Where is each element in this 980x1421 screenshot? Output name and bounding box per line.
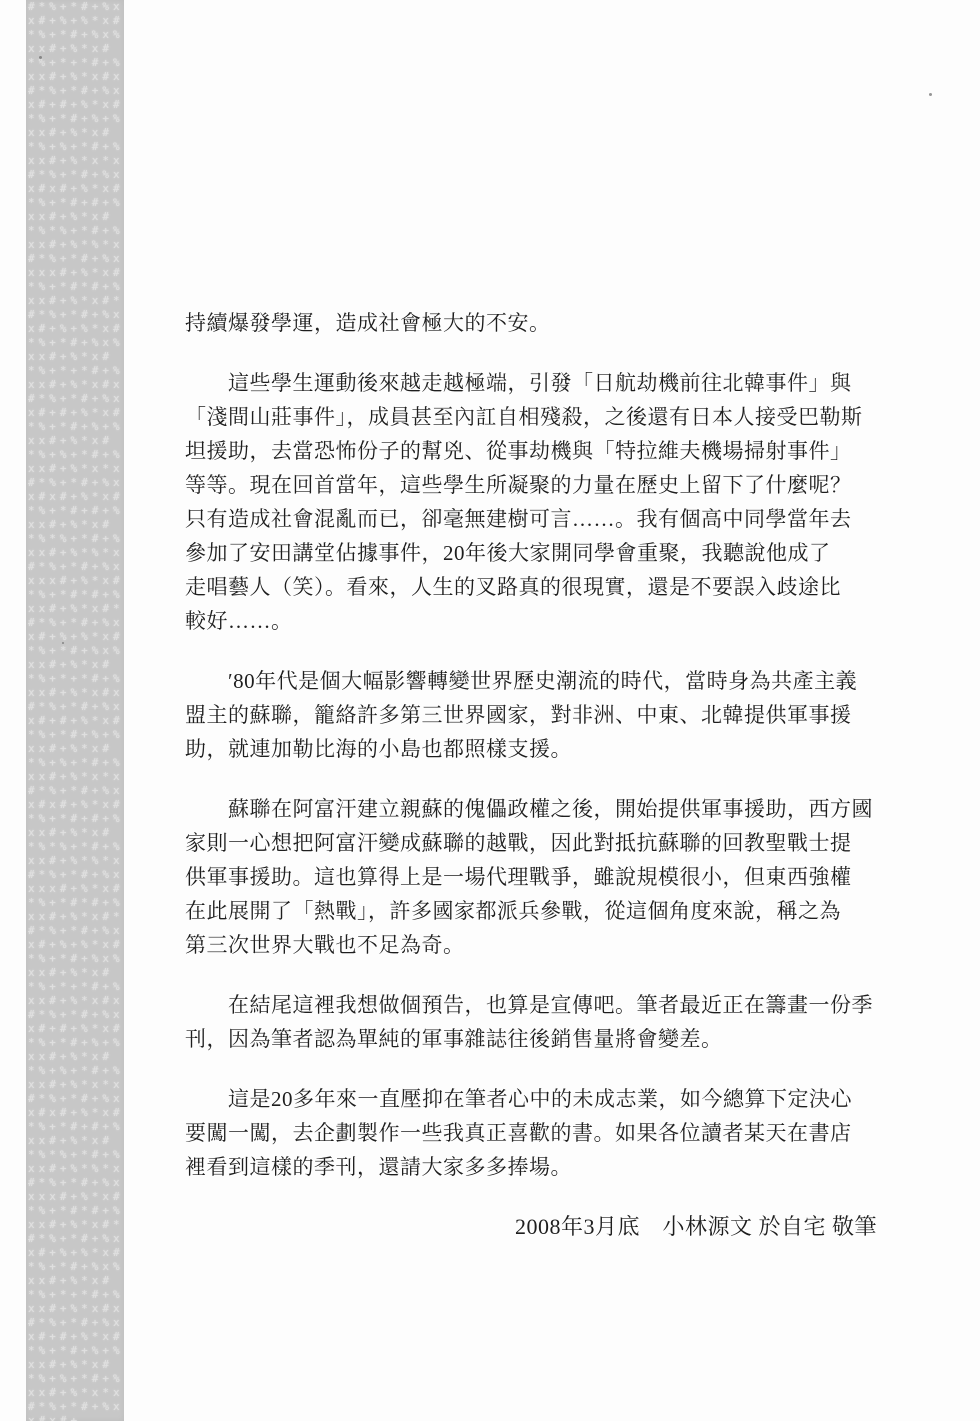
author-signature: 2008年3月底 小林源文 於自宅 敬筆	[185, 1210, 885, 1244]
text-block: 持續爆發學運，造成社會極大的不安。 這些學生運動後來越走越極端，引發「日航劫機前…	[185, 306, 885, 1244]
text-line: 家則一心想把阿富汗變成蘇聯的越戰，因此對抵抗蘇聯的回教聖戰士提	[185, 826, 885, 860]
text-line: 助，就連加勒比海的小島也都照樣支援。	[185, 732, 885, 766]
text-line: 這是20多年來一直壓抑在筆者心中的未成志業，如今總算下定決心	[185, 1082, 885, 1116]
text-line: 這些學生運動後來越走越極端，引發「日航劫機前往北韓事件」與	[185, 366, 885, 400]
text-line: 供軍事援助。這也算得上是一場代理戰爭，雖說規模很小，但東西強權	[185, 860, 885, 894]
text-line: 參加了安田講堂佔據事件，20年後大家開同學會重聚，我聽說他成了	[185, 536, 885, 570]
dust-speck	[62, 642, 64, 644]
paragraph: 這些學生運動後來越走越極端，引發「日航劫機前往北韓事件」與「淺間山莊事件」，成員…	[185, 366, 885, 638]
text-line: 持續爆發學運，造成社會極大的不安。	[185, 306, 885, 340]
text-line: 在此展開了「熱戰」，許多國家都派兵參戰，從這個角度來說，稱之為	[185, 894, 885, 928]
paragraph: 這是20多年來一直壓抑在筆者心中的未成志業，如今總算下定決心要闖一闖，去企劃製作…	[185, 1082, 885, 1184]
text-line: 「淺間山莊事件」，成員甚至內訌自相殘殺，之後還有日本人接受巴勒斯	[185, 400, 885, 434]
text-line: 走唱藝人（笑）。看來，人生的叉路真的很現實，還是不要誤入歧途比	[185, 570, 885, 604]
paragraph: 持續爆發學運，造成社會極大的不安。	[185, 306, 885, 340]
dust-speck	[39, 56, 42, 59]
text-line: ′80年代是個大幅影響轉變世界歷史潮流的時代，當時身為共產主義	[185, 664, 885, 698]
paragraph: ′80年代是個大幅影響轉變世界歷史潮流的時代，當時身為共產主義盟主的蘇聯，籠絡許…	[185, 664, 885, 766]
text-line: 坦援助，去當恐怖份子的幫兇、從事劫機與「特拉維夫機場掃射事件」	[185, 434, 885, 468]
text-line: 在結尾這裡我想做個預告，也算是宣傳吧。筆者最近正在籌畫一份季	[185, 988, 885, 1022]
text-line: 刊，因為筆者認為單純的軍事雜誌往後銷售量將會變差。	[185, 1022, 885, 1056]
text-line: 蘇聯在阿富汗建立親蘇的傀儡政權之後，開始提供軍事援助，西方國	[185, 792, 885, 826]
binding-texture-strip: #*%+*#+%xx#+%+%*x#*%+*#+%x%xx#+%*x#*%+*+…	[26, 0, 124, 1421]
text-line: 第三次世界大戰也不足為奇。	[185, 928, 885, 962]
paragraph: 在結尾這裡我想做個預告，也算是宣傳吧。筆者最近正在籌畫一份季刊，因為筆者認為單純…	[185, 988, 885, 1056]
text-line: 裡看到這樣的季刊，還請大家多多捧場。	[185, 1150, 885, 1184]
paragraph: 蘇聯在阿富汗建立親蘇的傀儡政權之後，開始提供軍事援助，西方國家則一心想把阿富汗變…	[185, 792, 885, 962]
texture-pattern: #*%+*#+%xx#+%+%*x#*%+*#+%x%xx#+%*x#*%+*+…	[28, 0, 124, 1421]
paragraphs: 持續爆發學運，造成社會極大的不安。 這些學生運動後來越走越極端，引發「日航劫機前…	[185, 306, 885, 1184]
text-line: 只有造成社會混亂而已，卻毫無建樹可言……。我有個高中同學當年去	[185, 502, 885, 536]
text-line: 要闖一闖，去企劃製作一些我真正喜歡的書。如果各位讀者某天在書店	[185, 1116, 885, 1150]
dust-speck	[929, 93, 932, 96]
text-line: 等等。現在回首當年，這些學生所凝聚的力量在歷史上留下了什麼呢？	[185, 468, 885, 502]
text-line: 盟主的蘇聯，籠絡許多第三世界國家，對非洲、中東、北韓提供軍事援	[185, 698, 885, 732]
book-page: #*%+*#+%xx#+%+%*x#*%+*#+%x%xx#+%*x#*%+*+…	[0, 0, 980, 1421]
text-line: 較好……。	[185, 604, 885, 638]
